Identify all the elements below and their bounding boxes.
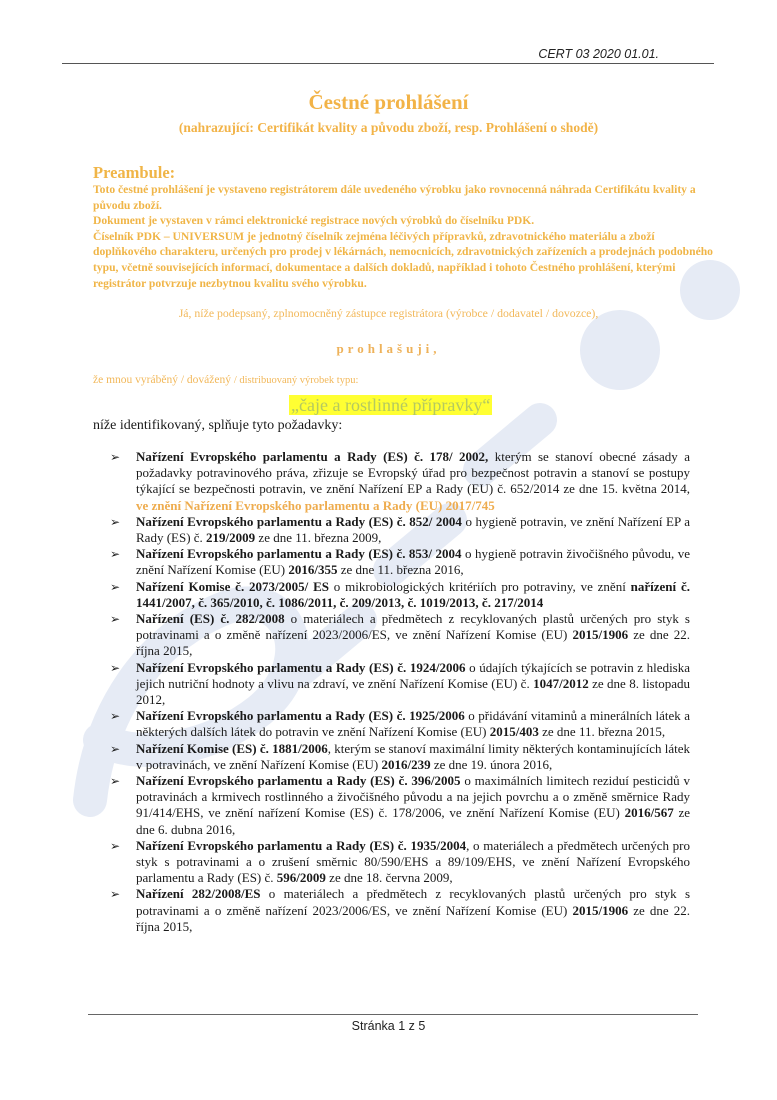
regulation-reference: 2016/567	[625, 805, 674, 820]
arrowhead-bullet-icon: ➢	[110, 708, 120, 724]
arrowhead-bullet-icon: ➢	[110, 773, 120, 789]
requirement-text: ze dne 11. března 2015,	[539, 724, 665, 739]
preamble-paragraph: Dokument je vystaven v rámci elektronick…	[93, 213, 713, 229]
regulation-reference: 2015/1906	[572, 903, 628, 918]
requirement-item: ➢Nařízení Evropského parlamentu a Rady (…	[110, 546, 690, 578]
requirement-text: o mikrobiologických kritériích pro potra…	[329, 579, 631, 594]
requirements-list: ➢Nařízení Evropského parlamentu a Rady (…	[110, 449, 690, 935]
arrowhead-bullet-icon: ➢	[110, 660, 120, 676]
regulation-reference: Nařízení Evropského parlamentu a Rady (E…	[136, 546, 462, 561]
regulation-reference: Nařízení Komise č. 2073/2005/ ES	[136, 579, 329, 594]
requirement-item: ➢Nařízení Evropského parlamentu a Rady (…	[110, 773, 690, 838]
product-type-prefix: že mnou vyráběný / dovážený	[93, 374, 234, 386]
requirement-item: ➢Nařízení Evropského parlamentu a Rady (…	[110, 514, 690, 546]
footer-divider	[88, 1014, 698, 1015]
requirement-item: ➢Nařízení Evropského parlamentu a Rady (…	[110, 660, 690, 709]
amendment-highlight: ve znění Nařízení Evropského parlamentu …	[136, 498, 495, 513]
regulation-reference: Nařízení Evropského parlamentu a Rady (E…	[136, 660, 465, 675]
requirement-item: ➢Nařízení Komise č. 2073/2005/ ES o mikr…	[110, 579, 690, 611]
regulation-reference: Nařízení Evropského parlamentu a Rady (E…	[136, 838, 466, 853]
regulation-reference: 2015/403	[490, 724, 539, 739]
arrowhead-bullet-icon: ➢	[110, 741, 120, 757]
preamble-paragraph: Číselník PDK – UNIVERSUM je jednotný čís…	[93, 229, 713, 291]
arrowhead-bullet-icon: ➢	[110, 449, 120, 465]
regulation-reference: Nařízení (ES) č. 282/2008	[136, 611, 285, 626]
regulation-reference: Nařízení 282/2008/ES	[136, 886, 261, 901]
regulation-reference: 2015/1906	[572, 627, 628, 642]
document-code: CERT 03 2020 01.01.	[538, 47, 659, 61]
product-type-line: že mnou vyráběný / dovážený / distribuov…	[93, 374, 358, 386]
arrowhead-bullet-icon: ➢	[110, 611, 120, 627]
declarant-statement: Já, níže podepsaný, zplnomocněný zástupc…	[0, 306, 777, 321]
requirement-text: ze dne 11. března 2009,	[255, 530, 381, 545]
arrowhead-bullet-icon: ➢	[110, 514, 120, 530]
arrowhead-bullet-icon: ➢	[110, 579, 120, 595]
page-number: Stránka 1 z 5	[0, 1019, 777, 1033]
arrowhead-bullet-icon: ➢	[110, 546, 120, 562]
regulation-reference: Nařízení Komise (ES) č. 1881/2006	[136, 741, 328, 756]
requirement-item: ➢Nařízení 282/2008/ES o materiálech a př…	[110, 886, 690, 935]
requirement-text: ze dne 11. března 2016,	[337, 562, 463, 577]
preamble-paragraph: Toto čestné prohlášení je vystaveno regi…	[93, 182, 713, 213]
requirement-item: ➢Nařízení Evropského parlamentu a Rady (…	[110, 708, 690, 740]
preamble-heading: Preambule:	[93, 163, 175, 183]
regulation-reference: 219/2009	[206, 530, 255, 545]
requirement-item: ➢Nařízení Evropského parlamentu a Rady (…	[110, 449, 690, 514]
document-subtitle: (nahrazující: Certifikát kvality a původ…	[0, 120, 777, 136]
product-name-highlight: „čaje a rostlinné přípravky“	[289, 395, 492, 415]
document-title: Čestné prohlášení	[0, 90, 777, 115]
requirement-item: ➢Nařízení (ES) č. 282/2008 o materiálech…	[110, 611, 690, 660]
regulation-reference: Nařízení Evropského parlamentu a Rady (E…	[136, 449, 488, 464]
header-divider	[62, 63, 714, 64]
regulation-reference: 1047/2012	[533, 676, 589, 691]
arrowhead-bullet-icon: ➢	[110, 838, 120, 854]
regulation-reference: Nařízení Evropského parlamentu a Rady (E…	[136, 708, 465, 723]
regulation-reference: Nařízení Evropského parlamentu a Rady (E…	[136, 514, 462, 529]
arrowhead-bullet-icon: ➢	[110, 886, 120, 902]
product-type-suffix: / distribuovaný výrobek typu:	[234, 375, 359, 386]
declaration-heading: prohlašuji,	[0, 341, 777, 357]
preamble-text: Toto čestné prohlášení je vystaveno regi…	[93, 182, 713, 291]
regulation-reference: 2016/355	[288, 562, 337, 577]
requirement-item: ➢Nařízení Komise (ES) č. 1881/2006, kter…	[110, 741, 690, 773]
regulation-reference: 596/2009	[277, 870, 326, 885]
regulation-reference: Nařízení Evropského parlamentu a Rady (E…	[136, 773, 461, 788]
requirement-text: ze dne 18. června 2009,	[326, 870, 453, 885]
requirements-intro: níže identifikovaný, splňuje tyto požada…	[93, 418, 342, 434]
regulation-reference: 2016/239	[381, 757, 430, 772]
requirement-text: ze dne 19. února 2016,	[431, 757, 553, 772]
requirement-item: ➢Nařízení Evropského parlamentu a Rady (…	[110, 838, 690, 887]
